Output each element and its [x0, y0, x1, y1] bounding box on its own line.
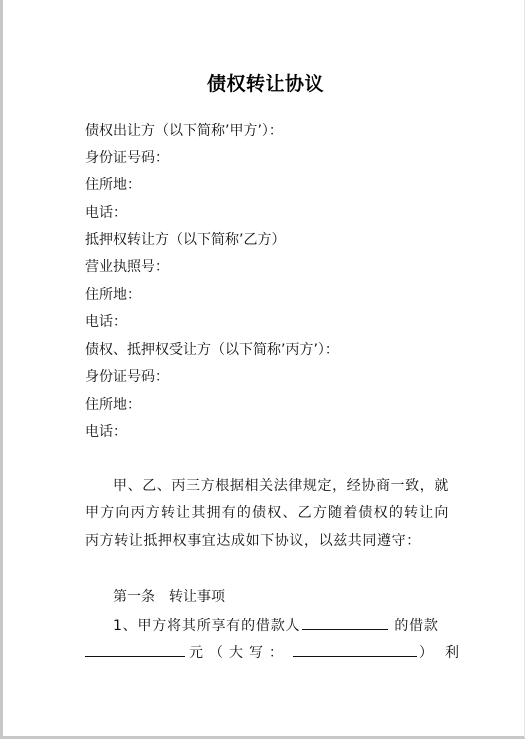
amount-blank[interactable]: [85, 642, 185, 657]
article-1-heading: 第一条 转让事项: [113, 588, 225, 606]
party-c-id-label: 身份证号码：: [85, 368, 169, 386]
amount-words-blank[interactable]: [293, 642, 417, 657]
document-title: 债权转让协议: [3, 72, 525, 96]
preamble-text: 甲、乙、丙三方根据相关法律规定，经协商一致，就甲方向丙方转让其拥有的债权、乙方随…: [85, 478, 449, 549]
party-b-phone-label: 电话：: [85, 313, 127, 331]
clause-1-text-e: 利: [445, 645, 459, 661]
party-a-address-label: 住所地：: [85, 176, 141, 194]
clause-1-text-a: 1、甲方将其所享有的借款人: [113, 618, 300, 634]
clause-1-text-b: 的借款: [394, 618, 438, 634]
party-c-address-label: 住所地：: [85, 396, 141, 414]
party-c-heading: 债权、抵押权受让方（以下简称’丙方’）：: [85, 341, 339, 359]
article-1-clause-1-line-2: 元（大写：）利: [85, 642, 459, 662]
party-b-license-label: 营业执照号：: [85, 258, 169, 276]
document-page: 债权转让协议 债权出让方（以下简称’甲方’）： 身份证号码： 住所地： 电话： …: [0, 0, 525, 739]
borrower-blank[interactable]: [302, 615, 388, 630]
party-a-phone-label: 电话：: [85, 204, 127, 222]
clause-1-text-d: ）: [419, 645, 433, 661]
party-a-heading: 债权出让方（以下简称’甲方’）：: [85, 122, 283, 140]
clause-1-text-c: 元（大写：: [189, 645, 289, 661]
party-b-address-label: 住所地：: [85, 286, 141, 304]
preamble-paragraph: 甲、乙、丙三方根据相关法律规定，经协商一致，就甲方向丙方转让其拥有的债权、乙方随…: [85, 473, 449, 555]
party-b-heading: 抵押权转让方（以下简称’乙方）: [85, 231, 285, 249]
party-a-id-label: 身份证号码：: [85, 149, 169, 167]
party-c-phone-label: 电话：: [85, 423, 127, 441]
article-1-clause-1-line-1: 1、甲方将其所享有的借款人的借款: [113, 615, 439, 635]
